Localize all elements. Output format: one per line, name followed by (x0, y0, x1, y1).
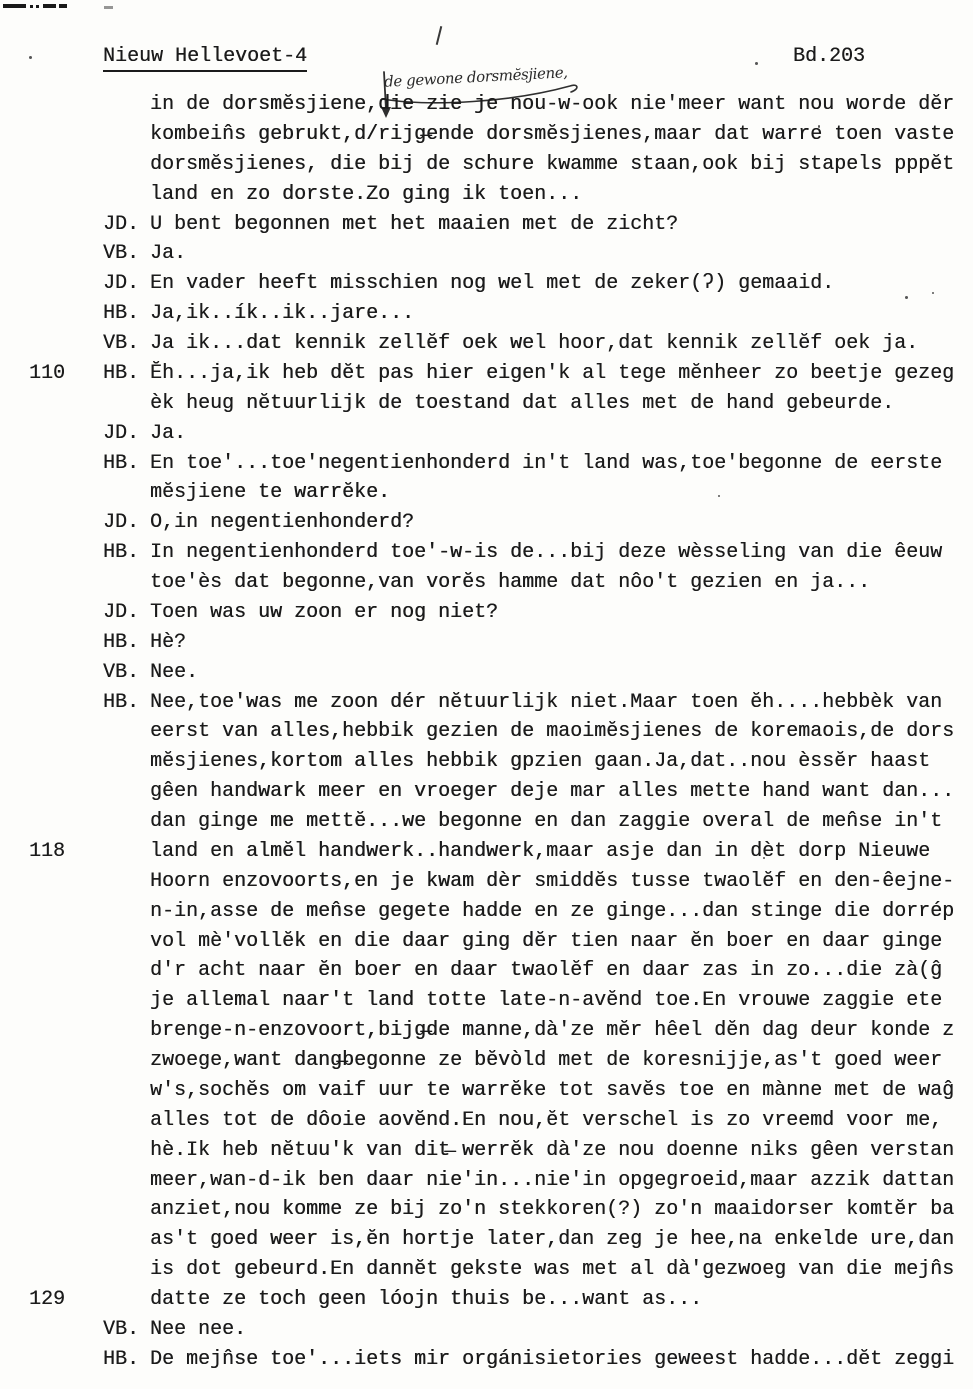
line-text: Nee nee. (150, 1318, 246, 1341)
transcript-line: je allemal naar't land totte late-n-avĕn… (103, 986, 954, 1016)
line-text: n-in,asse de men̂se gegete hadde en ze g… (150, 900, 954, 923)
transcript-line: w's,sochĕs om vaif uur te warrĕke tot sa… (103, 1076, 954, 1106)
transcript-line: HB.Nee,toe'was me zoon dér nĕtuurlijk ni… (103, 688, 954, 718)
transcript-line: 129datte ze toch geen lóojn thuis be...w… (103, 1285, 954, 1315)
line-text: land en zo dorste.Zo ging ik toen... (150, 183, 582, 206)
line-text: Nee,toe'was me zoon dér nĕtuurlijk niet.… (150, 691, 942, 714)
transcript-line: dan ginge me mettĕ...we begonne en dan z… (103, 807, 954, 837)
transcript-line: Hoorn enzovoorts,en je kwam dèr smiddĕs … (103, 867, 954, 897)
line-text: dan ginge me mettĕ...we begonne en dan z… (150, 810, 942, 833)
transcript-line: n-in,asse de men̂se gegete hadde en ze g… (103, 897, 954, 927)
transcript-line: d'r acht naar ĕn boer en daar twaolĕf en… (103, 956, 954, 986)
transcript-line: kombein̂s gebrukt,d/rijg̶ende dorsmĕsjie… (103, 120, 954, 150)
scan-slash-mark (436, 26, 443, 45)
transcript-line: zwoege,want dang̶begonne ze bĕvòld met d… (103, 1046, 954, 1076)
line-text: kombein̂s gebrukt,d/rijg̶ende dorsmĕsjie… (150, 123, 954, 146)
scan-speck (29, 56, 32, 59)
speaker-label: JD. (103, 210, 150, 240)
line-text: Ja,ik..ík..ik..jare... (150, 302, 414, 325)
speaker-label: HB. (103, 1345, 150, 1375)
transcript-line: VB.Ja. (103, 239, 954, 269)
transcript-line: dorsmĕsjienes, die bij de schure kwamme … (103, 150, 954, 180)
speaker-label: HB. (103, 299, 150, 329)
volume-label: Bd.203 (793, 45, 865, 69)
line-text: èk heug nĕtuurlijk de toestand dat alles… (150, 392, 894, 415)
transcript-line: VB.Nee nee. (103, 1315, 954, 1345)
line-text: je allemal naar't land totte late-n-avĕn… (150, 989, 942, 1012)
speaker-label: VB. (103, 239, 150, 269)
transcript-line: eerst van alles,hebbik gezien de maoimĕs… (103, 717, 954, 747)
line-text: in de dorsmĕsjiene,die zie je nou-w-ook … (150, 93, 954, 116)
line-text: Ja. (150, 242, 186, 265)
transcript-line: HB.Ja,ik..ík..ik..jare... (103, 299, 954, 329)
line-text: d'r acht naar ĕn boer en daar twaolĕf en… (150, 959, 942, 982)
line-text: U bent begonnen met het maaien met de zi… (150, 213, 678, 236)
line-text: land en almĕl handwerk..handwerk,maar as… (150, 840, 930, 863)
speaker-label: HB. (103, 359, 150, 389)
transcript-line: as't goed weer is,ĕn hortje later,dan ze… (103, 1225, 954, 1255)
transcript-line: alles tot de dôoie aovĕnd.En nou,ĕt vers… (103, 1106, 954, 1136)
speaker-label: VB. (103, 329, 150, 359)
transcript-line: hè.Ik heb nĕtuu'k van dit̶ werrĕk dà'ze … (103, 1136, 954, 1166)
transcript-line: JD.En vader heeft misschien nog wel met … (103, 269, 954, 299)
transcript-line: 110HB.Ĕh...ja,ik heb dĕt pas hier eigen'… (103, 359, 954, 389)
transcript-line: mĕsjiene te warrĕke. (103, 478, 954, 508)
line-text: datte ze toch geen lóojn thuis be...want… (150, 1288, 702, 1311)
speaker-label: VB. (103, 1315, 150, 1345)
line-text: Ja. (150, 422, 186, 445)
scan-speck (755, 62, 758, 65)
line-text: Toen was uw zoon er nog niet? (150, 601, 498, 624)
transcript-line: toe'ès dat begonne,van vorĕs hamme dat n… (103, 568, 954, 598)
transcript-line: mĕsjienes,kortom alles hebbik gpzien gaa… (103, 747, 954, 777)
margin-line-number: 129 (29, 1285, 65, 1315)
page-title: Nieuw Hellevoet-4 (103, 45, 307, 72)
transcript-line: JD.O,in negentienhonderd? (103, 508, 954, 538)
transcript-line: HB.De mejn̂se toe'...iets mir orgánisiet… (103, 1345, 954, 1375)
line-text: En vader heeft misschien nog wel met de … (150, 272, 834, 295)
transcript-line: meer,wan-d-ik ben daar nie'in...nie'in o… (103, 1166, 954, 1196)
transcript-line: HB.Hè? (103, 628, 954, 658)
transcript-line: VB.Ja ik...dat kennik zellĕf oek wel hoo… (103, 329, 954, 359)
line-text: Hoorn enzovoorts,en je kwam dèr smiddĕs … (150, 870, 954, 893)
line-text: In negentienhonderd toe'-w-is de...bij d… (150, 541, 942, 564)
speaker-label: JD. (103, 419, 150, 449)
line-text: toe'ès dat begonne,van vorĕs hamme dat n… (150, 571, 870, 594)
transcript-line: 118land en almĕl handwerk..handwerk,maar… (103, 837, 954, 867)
line-text: anziet,nou komme ze bij zo'n stekkoren(?… (150, 1198, 954, 1221)
line-text: alles tot de dôoie aovĕnd.En nou,ĕt vers… (150, 1109, 942, 1132)
speaker-label: HB. (103, 449, 150, 479)
transcript-line: anziet,nou komme ze bij zo'n stekkoren(?… (103, 1195, 954, 1225)
line-text: O,in negentienhonderd? (150, 511, 414, 534)
transcript-line: in de dorsmĕsjiene,die zie je nou-w-ook … (103, 90, 954, 120)
speaker-label: JD. (103, 508, 150, 538)
transcript-line: HB.In negentienhonderd toe'-w-is de...bi… (103, 538, 954, 568)
transcript-line: JD.U bent begonnen met het maaien met de… (103, 210, 954, 240)
transcript-line: JD.Ja. (103, 419, 954, 449)
line-text: dorsmĕsjienes, die bij de schure kwamme … (150, 153, 954, 176)
transcript-line: èk heug nĕtuurlijk de toestand dat alles… (103, 389, 954, 419)
line-text: Hè? (150, 631, 186, 654)
transcript-line: vol mè'vollĕk en die daar ging dĕr tien … (103, 927, 954, 957)
transcript: in de dorsmĕsjiene,die zie je nou-w-ook … (103, 90, 954, 1375)
line-text: as't goed weer is,ĕn hortje later,dan ze… (150, 1228, 954, 1251)
scanned-transcript-page: Nieuw Hellevoet-4 Bd.203 de gewone dorsm… (0, 0, 973, 1389)
speaker-label: HB. (103, 688, 150, 718)
line-text: is dot gebeurd.En dannĕt gekste was met … (150, 1258, 954, 1281)
line-text: En toe'...toe'negentienhonderd in't land… (150, 452, 942, 475)
line-text: w's,sochĕs om vaif uur te warrĕke tot sa… (150, 1079, 954, 1102)
speaker-label: VB. (103, 658, 150, 688)
line-text: vol mè'vollĕk en die daar ging dĕr tien … (150, 930, 942, 953)
line-text: eerst van alles,hebbik gezien de maoimĕs… (150, 720, 954, 743)
transcript-line: brenge-n-enzovoort,bijg̶de manne,dà'ze m… (103, 1016, 954, 1046)
line-text: zwoege,want dang̶begonne ze bĕvòld met d… (150, 1049, 942, 1072)
line-text: De mejn̂se toe'...iets mir orgánisietori… (150, 1348, 954, 1371)
speaker-label: JD. (103, 269, 150, 299)
margin-line-number: 110 (29, 359, 65, 389)
line-text: meer,wan-d-ik ben daar nie'in...nie'in o… (150, 1169, 954, 1192)
transcript-line: JD.Toen was uw zoon er nog niet? (103, 598, 954, 628)
transcript-line: VB.Nee. (103, 658, 954, 688)
line-text: brenge-n-enzovoort,bijg̶de manne,dà'ze m… (150, 1019, 954, 1042)
line-text: hè.Ik heb nĕtuu'k van dit̶ werrĕk dà'ze … (150, 1139, 954, 1162)
speaker-label: JD. (103, 598, 150, 628)
speaker-label: HB. (103, 538, 150, 568)
line-text: gêen handwark meer en vroeger deje mar a… (150, 780, 954, 803)
line-text: mĕsjiene te warrĕke. (150, 481, 390, 504)
line-text: Ja ik...dat kennik zellĕf oek wel hoor,d… (150, 332, 918, 355)
margin-line-number: 118 (29, 837, 65, 867)
transcript-line: is dot gebeurd.En dannĕt gekste was met … (103, 1255, 954, 1285)
transcript-line: land en zo dorste.Zo ging ik toen... (103, 180, 954, 210)
line-text: Nee. (150, 661, 198, 684)
speaker-label: HB. (103, 628, 150, 658)
transcript-line: gêen handwark meer en vroeger deje mar a… (103, 777, 954, 807)
line-text: Ĕh...ja,ik heb dĕt pas hier eigen'k al t… (150, 362, 954, 385)
transcript-line: HB.En toe'...toe'negentienhonderd in't l… (103, 449, 954, 479)
line-text: mĕsjienes,kortom alles hebbik gpzien gaa… (150, 750, 930, 773)
